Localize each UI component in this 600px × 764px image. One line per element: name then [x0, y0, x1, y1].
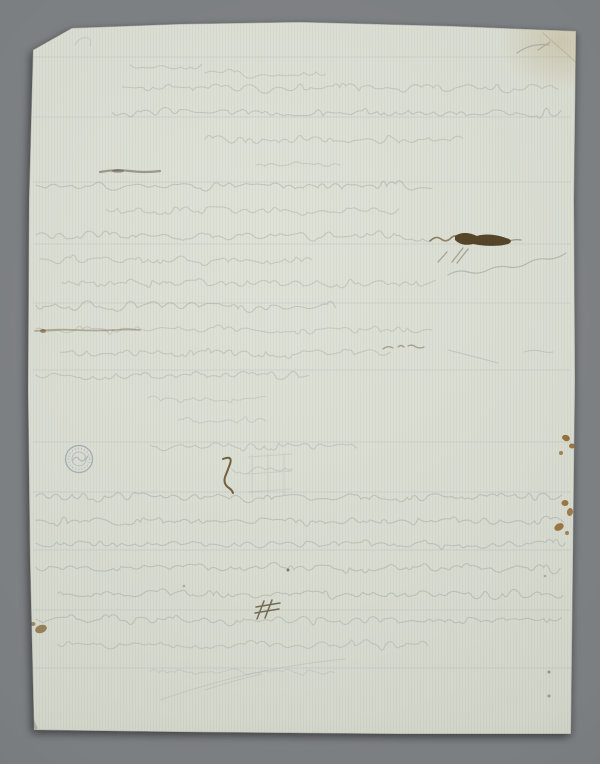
bleedthrough-ink-layer	[0, 0, 600, 764]
collection-stamp-icon	[66, 446, 93, 473]
manuscript-page	[0, 0, 600, 764]
stain-spots	[31, 169, 576, 697]
paper-sheet	[0, 0, 600, 764]
paper-edge-outline	[28, 22, 576, 734]
guide-lines	[33, 57, 571, 668]
ink-marks	[31, 33, 578, 728]
photo-backdrop	[0, 0, 600, 764]
